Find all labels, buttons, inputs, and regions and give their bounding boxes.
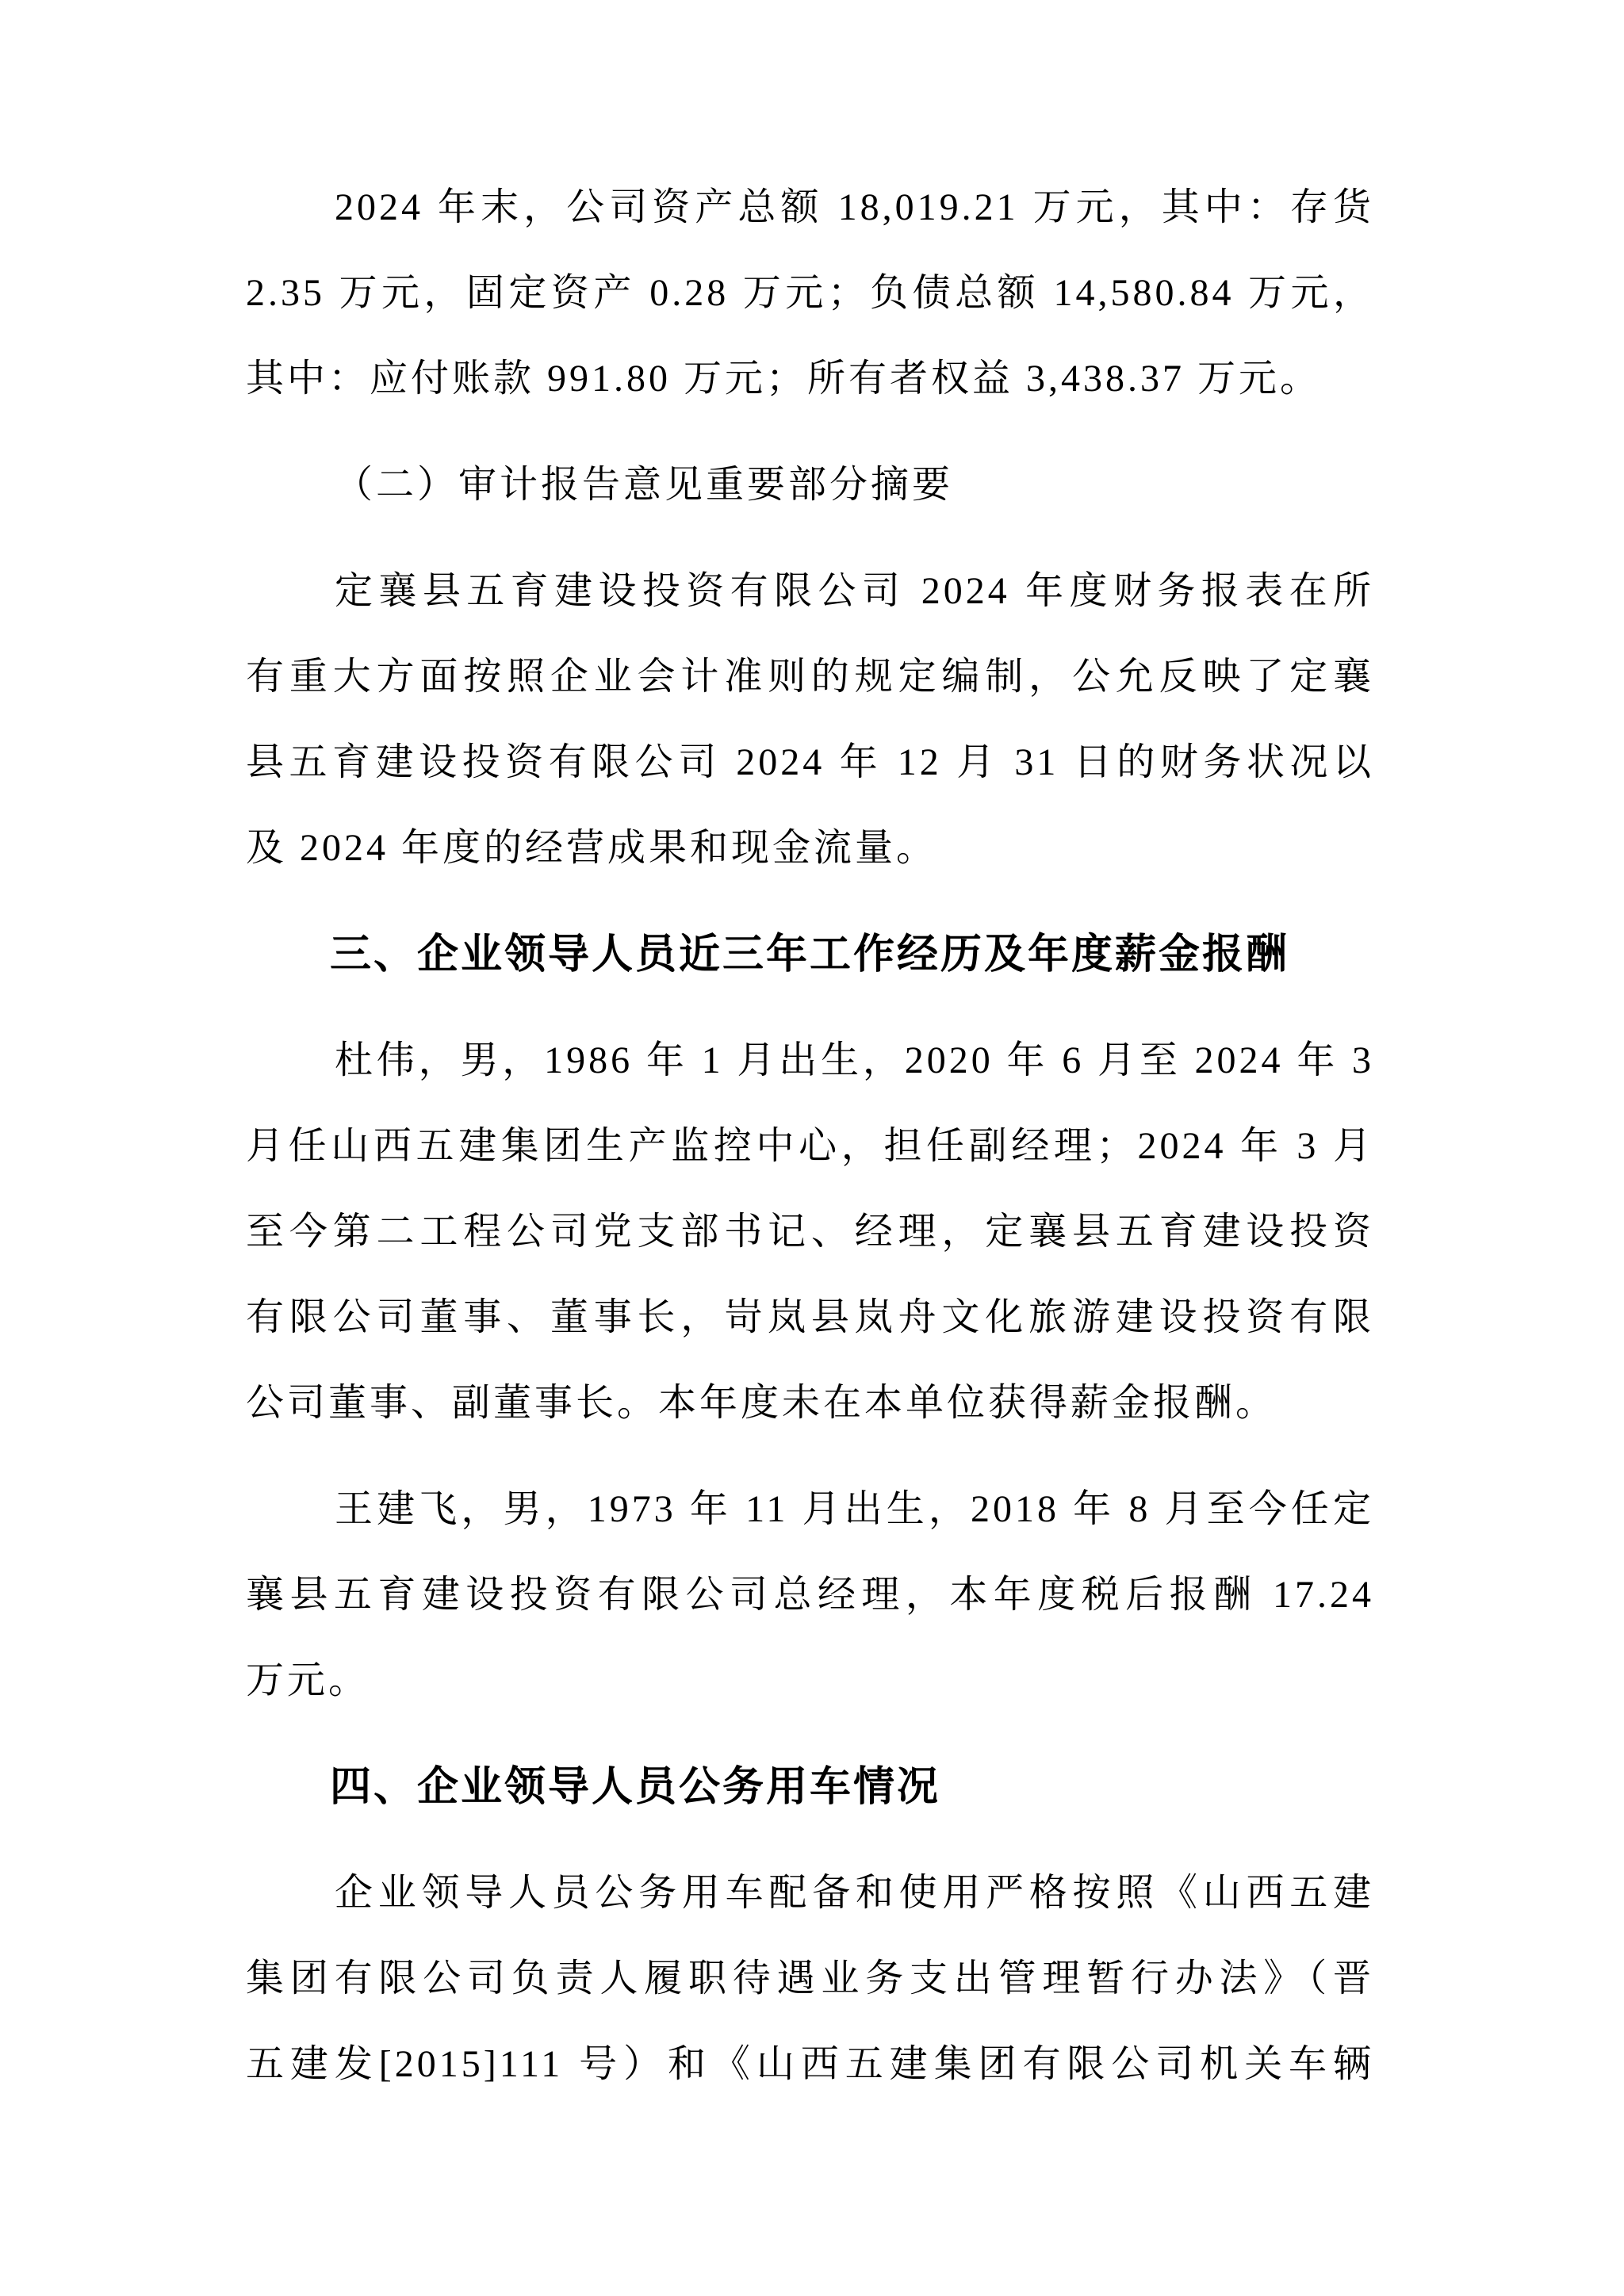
section-heading-official-vehicles: 四、企业领导人员公务用车情况 xyxy=(246,1744,1374,1830)
paragraph-line: 公司董事、副董事长。本年度未在本单位获得薪金报酬。 xyxy=(246,1360,1374,1446)
subheading-audit-opinion: （二）审计报告意见重要部分摘要 xyxy=(246,442,1374,528)
section-heading-line: 三、企业领导人员近三年工作经历及年度薪金报酬 xyxy=(246,912,1374,997)
paragraph-financial-summary: 2024 年末，公司资产总额 18,019.21 万元，其中：存货 2.35 万… xyxy=(246,165,1374,422)
section-heading-leaders-salary: 三、企业领导人员近三年工作经历及年度薪金报酬 xyxy=(246,912,1374,997)
paragraph-line: 及 2024 年度的经营成果和现金流量。 xyxy=(246,806,1374,891)
paragraph-line: 其中：应付账款 991.80 万元；所有者权益 3,438.37 万元。 xyxy=(246,336,1374,422)
paragraph-vehicle-policy: 企业领导人员公务用车配备和使用严格按照《山西五建 集团有限公司负责人履职待遇业务… xyxy=(246,1850,1374,2107)
paragraph-leader-duwei: 杜伟，男，1986 年 1 月出生，2020 年 6 月至 2024 年 3 月… xyxy=(246,1018,1374,1446)
paragraph-audit-opinion: 定襄县五育建设投资有限公司 2024 年度财务报表在所 有重大方面按照企业会计准… xyxy=(246,549,1374,891)
subheading-line: （二）审计报告意见重要部分摘要 xyxy=(246,442,1374,528)
paragraph-line: 县五育建设投资有限公司 2024 年 12 月 31 日的财务状况以 xyxy=(246,720,1374,806)
paragraph-line: 五建发[2015]111 号）和《山西五建集团有限公司机关车辆 xyxy=(246,2022,1374,2107)
paragraph-line: 万元。 xyxy=(246,1638,1374,1724)
paragraph-line: 企业领导人员公务用车配备和使用严格按照《山西五建 xyxy=(246,1850,1374,1936)
paragraph-line: 2.35 万元，固定资产 0.28 万元；负债总额 14,580.84 万元， xyxy=(246,251,1374,336)
paragraph-line: 有重大方面按照企业会计准则的规定编制，公允反映了定襄 xyxy=(246,634,1374,720)
paragraph-line: 襄县五育建设投资有限公司总经理，本年度税后报酬 17.24 xyxy=(246,1552,1374,1638)
paragraph-line: 有限公司董事、董事长，岢岚县岚舟文化旅游建设投资有限 xyxy=(246,1275,1374,1360)
paragraph-line: 王建飞，男，1973 年 11 月出生，2018 年 8 月至今任定 xyxy=(246,1467,1374,1552)
paragraph-line: 月任山西五建集团生产监控中心，担任副经理；2024 年 3 月 xyxy=(246,1104,1374,1189)
paragraph-line: 杜伟，男，1986 年 1 月出生，2020 年 6 月至 2024 年 3 xyxy=(246,1018,1374,1104)
paragraph-leader-wangjianfei: 王建飞，男，1973 年 11 月出生，2018 年 8 月至今任定 襄县五育建… xyxy=(246,1467,1374,1724)
paragraph-line: 集团有限公司负责人履职待遇业务支出管理暂行办法》（晋 xyxy=(246,1936,1374,2022)
document-page: 2024 年末，公司资产总额 18,019.21 万元，其中：存货 2.35 万… xyxy=(0,0,1624,2296)
paragraph-line: 2024 年末，公司资产总额 18,019.21 万元，其中：存货 xyxy=(246,165,1374,251)
paragraph-line: 定襄县五育建设投资有限公司 2024 年度财务报表在所 xyxy=(246,549,1374,634)
paragraph-line: 至今第二工程公司党支部书记、经理，定襄县五育建设投资 xyxy=(246,1189,1374,1275)
section-heading-line: 四、企业领导人员公务用车情况 xyxy=(246,1744,1374,1830)
